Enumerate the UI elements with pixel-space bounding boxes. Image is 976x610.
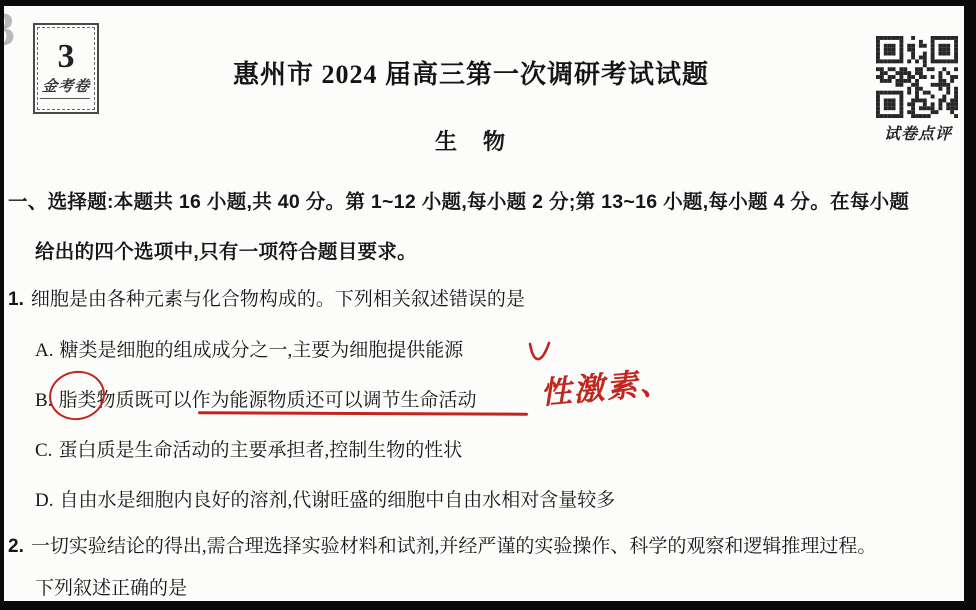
option-b-text-underlined: 作为能源物质还可以调节生命活动 bbox=[191, 390, 476, 411]
question-2-number: 2. bbox=[8, 536, 24, 557]
red-underline-annotation bbox=[198, 411, 528, 415]
option-a-text: 糖类是细胞的组成成分之一,主要为细胞提供能源 bbox=[59, 340, 463, 361]
exam-title: 惠州市 2024 届高三第一次调研考试试题 bbox=[0, 54, 942, 91]
scan-edge-top bbox=[0, 0, 976, 6]
option-a-label: A. bbox=[35, 340, 53, 361]
option-c: C.蛋白质是生命活动的主要承担者,控制生物的性状 bbox=[35, 435, 462, 462]
qr-block: 试卷点评 bbox=[876, 36, 960, 144]
question-1-number: 1. bbox=[8, 289, 24, 310]
section-instruction-line1: 一、选择题:本题共 16 小题,共 40 分。第 1~12 小题,每小题 2 分… bbox=[8, 186, 909, 214]
option-b-text-plain: 物质既可以 bbox=[96, 390, 191, 411]
question-1-stem-text: 细胞是由各种元素与化合物构成的。下列相关叙述错误的是 bbox=[31, 289, 525, 310]
qr-code-icon bbox=[876, 36, 958, 118]
scan-edge-left bbox=[0, 0, 4, 610]
question-1-stem: 1.细胞是由各种元素与化合物构成的。下列相关叙述错误的是 bbox=[8, 284, 525, 311]
question-2-stem-line1: 2.一切实验结论的得出,需合理选择实验材料和试剂,并经严谨的实验操作、科学的观察… bbox=[8, 531, 876, 558]
scan-edge-right bbox=[964, 0, 976, 610]
question-2-stem-line2: 下列叙述正确的是 bbox=[35, 573, 187, 600]
option-b-text-circled: 脂类 bbox=[58, 390, 96, 411]
red-handwriting-annotation: 性激素、 bbox=[538, 356, 673, 412]
option-d: D.自由水是细胞内良好的溶剂,代谢旺盛的细胞中自由水相对含量较多 bbox=[35, 485, 615, 512]
option-a: A.糖类是细胞的组成成分之一,主要为细胞提供能源 bbox=[35, 335, 463, 362]
option-c-label: C. bbox=[35, 440, 52, 461]
scan-edge-bottom bbox=[0, 601, 976, 610]
qr-caption: 试卷点评 bbox=[876, 121, 960, 144]
exam-paper-scan: 3 3 金考卷 惠州市 2024 届高三第一次调研考试试题 生 物 试卷点评 一… bbox=[0, 0, 976, 610]
red-check-icon bbox=[527, 340, 553, 366]
option-b: B.脂类物质既可以作为能源物质还可以调节生命活动 bbox=[35, 385, 476, 412]
option-b-label: B. bbox=[35, 390, 52, 411]
section-instruction-line2: 给出的四个选项中,只有一项符合题目要求。 bbox=[35, 236, 417, 264]
option-d-label: D. bbox=[35, 490, 53, 511]
option-d-text: 自由水是细胞内良好的溶剂,代谢旺盛的细胞中自由水相对含量较多 bbox=[59, 490, 615, 511]
question-2-stem-text1: 一切实验结论的得出,需合理选择实验材料和试剂,并经严谨的实验操作、科学的观察和逻… bbox=[31, 536, 877, 557]
subject-title: 生 物 bbox=[0, 125, 942, 156]
option-c-text: 蛋白质是生命活动的主要承担者,控制生物的性状 bbox=[58, 440, 462, 461]
